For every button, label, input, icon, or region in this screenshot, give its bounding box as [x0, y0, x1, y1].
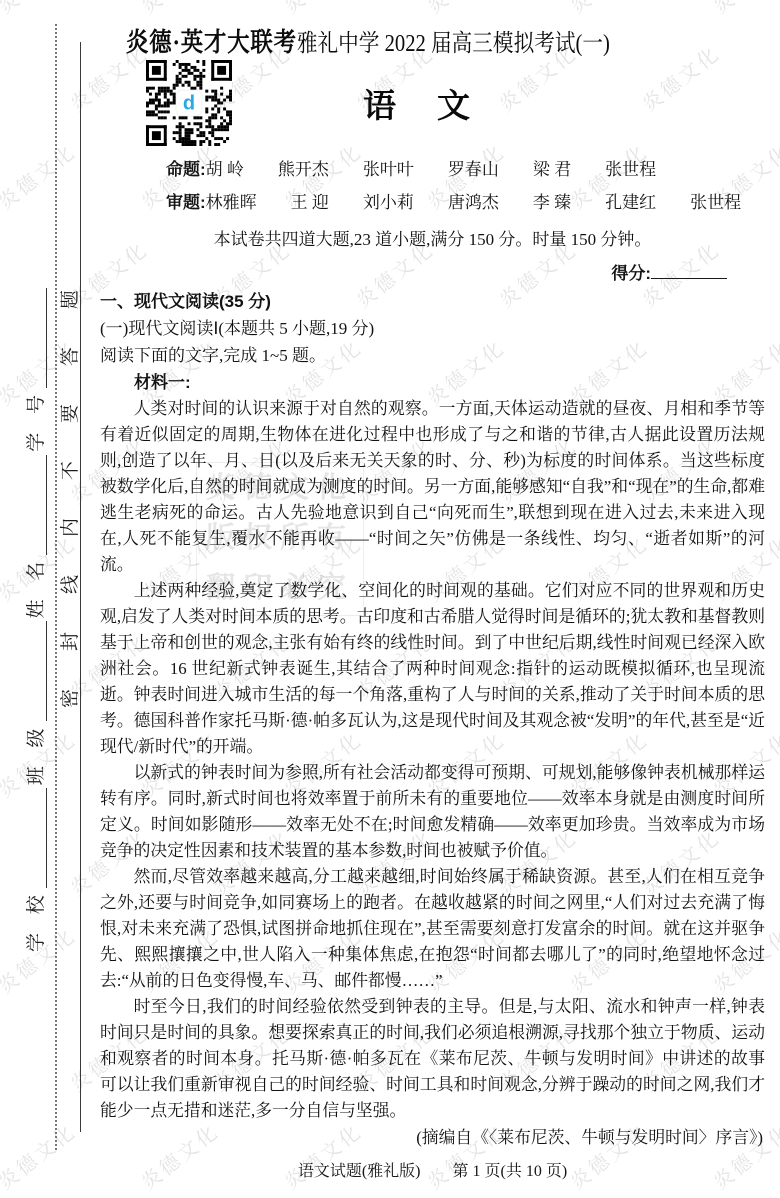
seal-char: 答 — [55, 347, 82, 366]
score-label: 得分: — [611, 264, 651, 283]
material-paragraphs: 人类对时间的认识来源于对自然的观察。一方面,天体运动造就的昼夜、月相和季节等有着… — [100, 396, 765, 1124]
reviewers-label: 审题: — [166, 193, 206, 212]
seal-char: 要 — [55, 404, 82, 423]
score-blank-line — [651, 264, 727, 279]
page-footer: 语文试题(雅礼版) 第 1 页(共 10 页) — [100, 1158, 765, 1181]
seal-char: 线 — [55, 575, 82, 594]
exam-title-text: 雅礼中学 2022 届高三模拟考试(一) — [297, 31, 610, 57]
seal-char: 内 — [55, 518, 82, 537]
source-attribution: (摘编自《〈莱布尼茨、牛顿与发明时间〉序言》) — [100, 1124, 765, 1152]
material-paragraph: 人类对时间的认识来源于对自然的观察。一方面,天体运动造就的昼夜、月相和季节等有着… — [100, 396, 765, 578]
exam-series-logo-text: 炎德·英才大联考 — [126, 28, 297, 57]
student-field-blank-line — [44, 455, 47, 555]
diagonal-watermark: 炎德文化 — [277, 0, 367, 19]
student-field-blank-line — [44, 788, 47, 888]
diagonal-watermark: 炎德文化 — [0, 0, 81, 19]
material-paragraph: 然而,尽管效率越来越高,分工越来越细,时间始终属于稀缺资源。甚至,人们在相互竞争… — [100, 864, 765, 994]
material-label: 材料一: — [100, 369, 765, 396]
setters-line: 命题:胡 岭 熊开杰 张叶叶 罗春山 梁 君 张世程 — [166, 155, 656, 180]
section-subtitle: (一)现代文阅读Ⅰ(本题共 5 小题,19 分) — [100, 315, 765, 342]
exam-title: 炎德·英才大联考雅礼中学 2022 届高三模拟考试(一) — [126, 22, 610, 59]
section-title: 一、现代文阅读(35 分) — [100, 288, 765, 315]
reviewers-names: 林雅晖 王 迎 刘小莉 唐鸿杰 李 臻 孔建红 张世程 — [206, 193, 742, 212]
setters-label: 命题: — [166, 160, 206, 179]
student-field-label: 学 号 — [21, 388, 48, 452]
student-field-label: 班 级 — [21, 721, 48, 785]
diagonal-watermark: 炎德文化 — [0, 1116, 81, 1195]
student-field-label: 姓 名 — [21, 555, 48, 619]
exam-info-line: 本试卷共四道大题,23 道小题,满分 150 分。时量 150 分钟。 — [100, 225, 765, 250]
exam-page: 炎德文化炎德文化炎德文化炎德文化炎德文化炎德文化炎德文化炎德文化炎德文化炎德文化… — [0, 0, 780, 1198]
diagonal-watermark: 炎德文化 — [134, 0, 224, 19]
setters-names: 胡 岭 熊开杰 张叶叶 罗春山 梁 君 张世程 — [206, 160, 657, 179]
diagonal-watermark: 炎德文化 — [563, 0, 653, 19]
seal-char: 题 — [55, 290, 82, 309]
diagonal-watermark: 炎德文化 — [420, 0, 510, 19]
seal-char: 不 — [55, 461, 82, 480]
student-field-blank-line — [44, 288, 47, 388]
material-paragraph: 时至今日,我们的时间经验依然受到钟表的主导。但是,与太阳、流水和钟声一样,钟表时… — [100, 994, 765, 1124]
seal-char: 封 — [55, 632, 82, 651]
reviewers-line: 审题:林雅晖 王 迎 刘小莉 唐鸿杰 李 臻 孔建红 张世程 — [166, 188, 741, 213]
seal-line-text: 密封线内不要答题 — [57, 290, 79, 708]
student-info-fields: 学 校班 级姓 名学 号 — [14, 120, 54, 952]
subject-title: 语 文 — [86, 80, 751, 127]
student-field-label: 学 校 — [21, 888, 48, 952]
material-paragraph: 上述两种经验,奠定了数学化、空间化的时间观的基础。它们对应不同的世界观和历史观,… — [100, 578, 765, 760]
student-field-blank-line — [44, 621, 47, 721]
reading-section: 一、现代文阅读(35 分) (一)现代文阅读Ⅰ(本题共 5 小题,19 分) 阅… — [100, 288, 765, 1152]
instruction-line: 阅读下面的文字,完成 1~5 题。 — [100, 342, 765, 369]
diagonal-watermark: 炎德文化 — [706, 0, 780, 19]
seal-char: 密 — [55, 689, 82, 708]
material-paragraph: 以新式的钟表时间为参照,所有社会活动都变得可预期、可规划,能够像钟表机械那样运转… — [100, 760, 765, 864]
score-row: 得分: — [611, 259, 727, 284]
